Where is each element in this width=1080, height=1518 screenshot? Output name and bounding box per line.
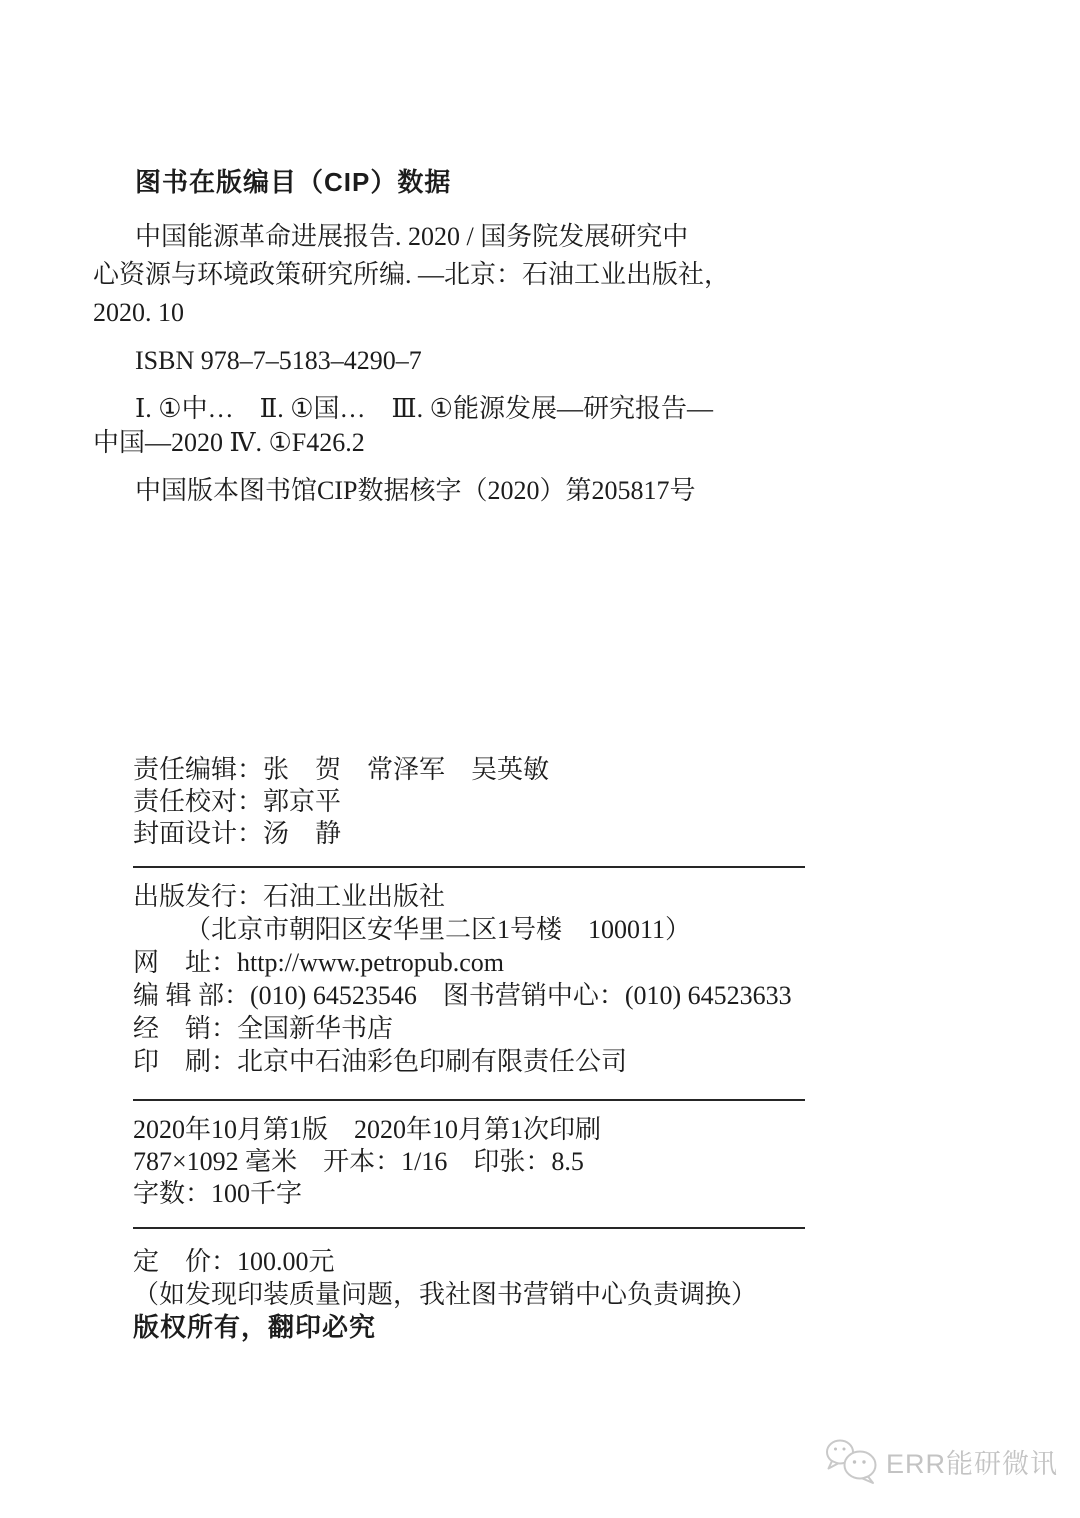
classification-line: Ⅰ. ①中… Ⅱ. ①国… Ⅲ. ①能源发展—研究报告— [93, 392, 853, 426]
divider [133, 1099, 805, 1101]
publisher-website: http://www.petropub.com [237, 948, 504, 977]
book-copyright-page: 图书在版编目（CIP）数据 中国能源革命进展报告. 2020 / 国务院发展研究… [0, 0, 1080, 1518]
staff-row: 责任编辑：张 贺 常泽军 吴英敏 [133, 754, 805, 786]
price-row: 定 价：100.00元 [133, 1245, 805, 1278]
publishing-label: 网 址： [133, 948, 237, 977]
publishing-label: 印 刷： [133, 1047, 237, 1076]
publishing-value: (010) 64523546 图书营销中心：(010) 64523633 [250, 981, 792, 1010]
cip-block: 图书在版编目（CIP）数据 中国能源革命进展报告. 2020 / 国务院发展研究… [93, 164, 853, 508]
staff-value: 汤 静 [263, 819, 341, 848]
staff-block: 责任编辑：张 贺 常泽军 吴英敏 责任校对：郭京平 封面设计：汤 静 [133, 754, 805, 850]
cip-classification: Ⅰ. ①中… Ⅱ. ①国… Ⅲ. ①能源发展—研究报告— 中国—2020 Ⅳ. … [93, 392, 853, 460]
watermark-text: ERR能研微讯 [886, 1442, 1058, 1481]
divider [133, 1227, 805, 1229]
quality-notice: （如发现印装质量问题，我社图书营销中心负责调换） [133, 1278, 805, 1311]
watermark: ERR能研微讯 [823, 1437, 1058, 1485]
divider [133, 866, 805, 868]
staff-label: 责任编辑： [133, 755, 263, 784]
edition-line: 2020年10月第1版 2020年10月第1次印刷 [133, 1114, 805, 1146]
publishing-label: 经 销： [133, 1014, 237, 1043]
publisher-address: （北京市朝阳区安华里二区1号楼 100011） [185, 915, 691, 944]
staff-value: 郭京平 [263, 787, 341, 816]
staff-row: 封面设计：汤 静 [133, 818, 805, 850]
publishing-row: 编 辑 部：(010) 64523546 图书营销中心：(010) 645236… [133, 979, 805, 1012]
colophon: 责任编辑：张 贺 常泽军 吴英敏 责任校对：郭京平 封面设计：汤 静 出版发行：… [133, 754, 805, 1344]
publishing-row: 印 刷：北京中石油彩色印刷有限责任公司 [133, 1045, 805, 1078]
publishing-row: 经 销：全国新华书店 [133, 1012, 805, 1045]
publishing-value: 石油工业出版社 [263, 882, 445, 911]
price-value: 100.00元 [237, 1247, 335, 1276]
isbn-line: ISBN 978–7–5183–4290–7 [93, 344, 853, 378]
publisher-address-row: （北京市朝阳区安华里二区1号楼 100011） [133, 913, 805, 946]
copyright-notice: 版权所有，翻印必究 [133, 1311, 805, 1344]
classification-line: 中国—2020 Ⅳ. ①F426.2 [93, 426, 853, 460]
cip-record-line: 中国版本图书馆CIP数据核字（2020）第205817号 [93, 474, 853, 508]
staff-label: 封面设计： [133, 819, 263, 848]
wechat-chat-bubbles-icon [823, 1437, 881, 1485]
staff-value: 张 贺 常泽军 吴英敏 [263, 755, 549, 784]
edition-block: 2020年10月第1版 2020年10月第1次印刷 787×1092 毫米 开本… [133, 1114, 805, 1210]
edition-line: 字数：100千字 [133, 1178, 805, 1210]
publishing-label: 出版发行： [133, 882, 263, 911]
publishing-value: 北京中石油彩色印刷有限责任公司 [237, 1047, 627, 1076]
edition-line: 787×1092 毫米 开本：1/16 印张：8.5 [133, 1146, 805, 1178]
pricing-block: 定 价：100.00元 （如发现印装质量问题，我社图书营销中心负责调换） 版权所… [133, 1245, 805, 1344]
price-label: 定 价： [133, 1247, 237, 1276]
staff-row: 责任校对：郭京平 [133, 786, 805, 818]
cip-description-line: 心资源与环境政策研究所编. —北京：石油工业出版社， [93, 256, 853, 294]
staff-label: 责任校对： [133, 787, 263, 816]
cip-header: 图书在版编目（CIP）数据 [135, 164, 853, 200]
cip-description-line: 2020. 10 [93, 294, 853, 332]
publishing-block: 出版发行：石油工业出版社 （北京市朝阳区安华里二区1号楼 100011） 网 址… [133, 880, 805, 1078]
publishing-value: 全国新华书店 [237, 1014, 393, 1043]
cip-description-line: 中国能源革命进展报告. 2020 / 国务院发展研究中 [93, 218, 853, 256]
publishing-label: 编 辑 部： [133, 981, 250, 1010]
publishing-row: 出版发行：石油工业出版社 [133, 880, 805, 913]
publishing-row: 网 址：http://www.petropub.com [133, 946, 805, 979]
